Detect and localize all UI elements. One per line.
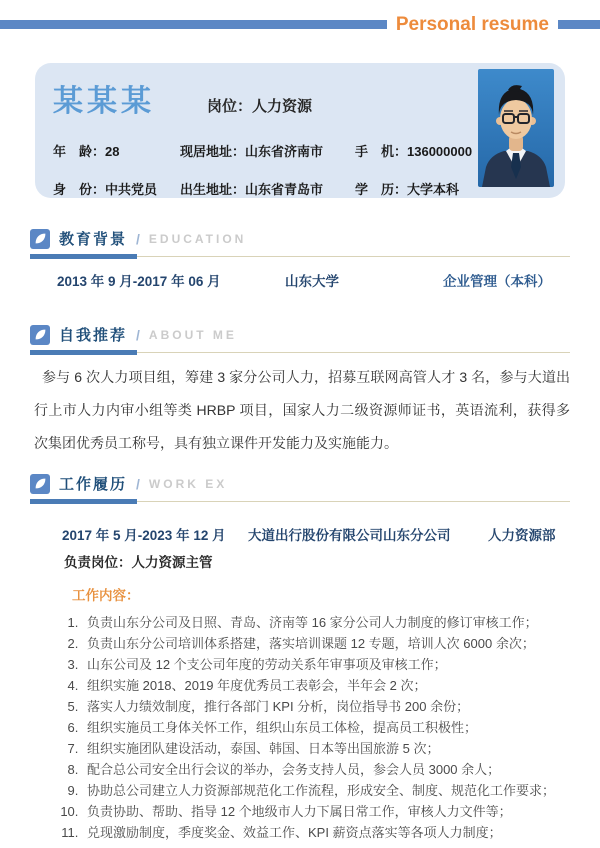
work-company: 大道出行股份有限公司山东分公司 — [248, 524, 460, 544]
work-duty-item: 协助总公司建立人力资源部规范化工作流程，形成安全、制度、规范化工作要求； — [82, 780, 570, 801]
title-separator: / — [136, 327, 140, 343]
title-separator: / — [136, 476, 140, 492]
about-paragraph: 参与 6 次人力项目组，筹建 3 家分公司人力，招募互联网高管人才 3 名，参与… — [34, 361, 570, 460]
work-duty-item: 配合总公司安全出行会议的举办，会务支持人员，参会人员 3000 余人； — [82, 759, 570, 780]
page-title: Personal resume — [396, 15, 549, 34]
work-duty-list: 负责山东分公司及日照、青岛、济南等 16 家分公司人力制度的修订审核工作；负责山… — [30, 612, 570, 843]
field-age: 年 龄：28 — [53, 141, 180, 160]
field-birthplace: 出生地址：山东省青岛市 — [180, 179, 355, 198]
work-duty-item: 负责协助、帮助、指导 12 个地级市人力下属日常工作，审核人力文件等； — [82, 801, 570, 822]
leaf-icon — [30, 325, 50, 345]
work-duty-item: 兑现激励制度，季度奖金、效益工作、KPI 薪资点落实等各项人力制度； — [82, 822, 570, 843]
work-subtitle: WORK EX — [149, 477, 227, 491]
education-major: 企业管理（本科） — [443, 270, 551, 290]
about-subtitle: ABOUT ME — [149, 328, 237, 342]
work-duty-item: 组织实施团队建设活动，泰国、韩国、日本等出国旅游 5 次； — [82, 738, 570, 759]
title-underline-bar — [30, 350, 137, 355]
field-identity: 身 份：中共党员 — [53, 179, 180, 198]
field-phone: 手 机：136000000 — [355, 141, 493, 160]
about-title: 自我推荐 — [59, 324, 127, 345]
work-duty-item: 负责山东分公司及日照、青岛、济南等 16 家分公司人力制度的修订审核工作； — [82, 612, 570, 633]
leaf-icon — [30, 229, 50, 249]
work-duty-item: 山东公司及 12 个支公司年度的劳动关系年审事项及审核工作； — [82, 654, 570, 675]
work-duty-item: 落实人力绩效制度，推行各部门 KPI 分析，岗位指导书 200 余份； — [82, 696, 570, 717]
education-header: 教育背景 / EDUCATION — [30, 228, 570, 257]
section-about-me: 自我推荐 / ABOUT ME 参与 6 次人力项目组，筹建 3 家分公司人力，… — [30, 324, 570, 460]
education-title: 教育背景 — [59, 228, 127, 249]
work-title: 工作履历 — [59, 473, 127, 494]
work-role: 负责岗位：人力资源主管 — [64, 551, 570, 571]
education-period: 2013 年 9 月-2017 年 06 月 — [57, 270, 285, 290]
education-subtitle: EDUCATION — [149, 232, 246, 246]
work-content-label: 工作内容： — [72, 584, 570, 604]
top-banner: Personal resume — [0, 18, 600, 30]
work-row: 2017 年 5 月-2023 年 12 月 大道出行股份有限公司山东分公司 人… — [62, 524, 570, 544]
work-duty-item: 负责山东分公司培训体系搭建，落实培训课题 12 专题，培训人次 6000 余次； — [82, 633, 570, 654]
candidate-name: 某某某 — [53, 76, 155, 120]
section-education: 教育背景 / EDUCATION 2013 年 9 月-2017 年 06 月 … — [30, 228, 570, 290]
about-header: 自我推荐 / ABOUT ME — [30, 324, 570, 353]
section-work-experience: 工作履历 / WORK EX 2017 年 5 月-2023 年 12 月 大道… — [30, 473, 570, 843]
profile-card: 某某某 岗位：人力资源 年 龄：28 现居地址：山东省济南市 手 机：13600… — [35, 63, 565, 198]
title-underline-bar — [30, 254, 137, 259]
id-photo — [478, 69, 554, 187]
work-period: 2017 年 5 月-2023 年 12 月 — [62, 524, 248, 544]
banner-rule-right — [558, 20, 600, 29]
leaf-icon — [30, 474, 50, 494]
work-duty-item: 组织实施员工身体关怀工作，组织山东员工体检，提高员工积极性； — [82, 717, 570, 738]
work-duty-item: 组织实施 2018、2019 年度优秀员工表彰会，半年会 2 次； — [82, 675, 570, 696]
education-school: 山东大学 — [285, 270, 415, 290]
education-row: 2013 年 9 月-2017 年 06 月 山东大学 企业管理（本科） — [57, 270, 570, 290]
banner-rule-left — [0, 20, 387, 29]
field-current-address: 现居地址：山东省济南市 — [180, 141, 355, 160]
work-department: 人力资源部 — [488, 524, 556, 544]
target-position: 岗位：人力资源 — [207, 95, 312, 116]
work-header: 工作履历 / WORK EX — [30, 473, 570, 502]
title-underline-bar — [30, 499, 137, 504]
field-education-level: 学 历：大学本科 — [355, 179, 493, 198]
profile-fields: 年 龄：28 现居地址：山东省济南市 手 机：136000000 身 份：中共党… — [53, 141, 493, 198]
title-separator: / — [136, 231, 140, 247]
